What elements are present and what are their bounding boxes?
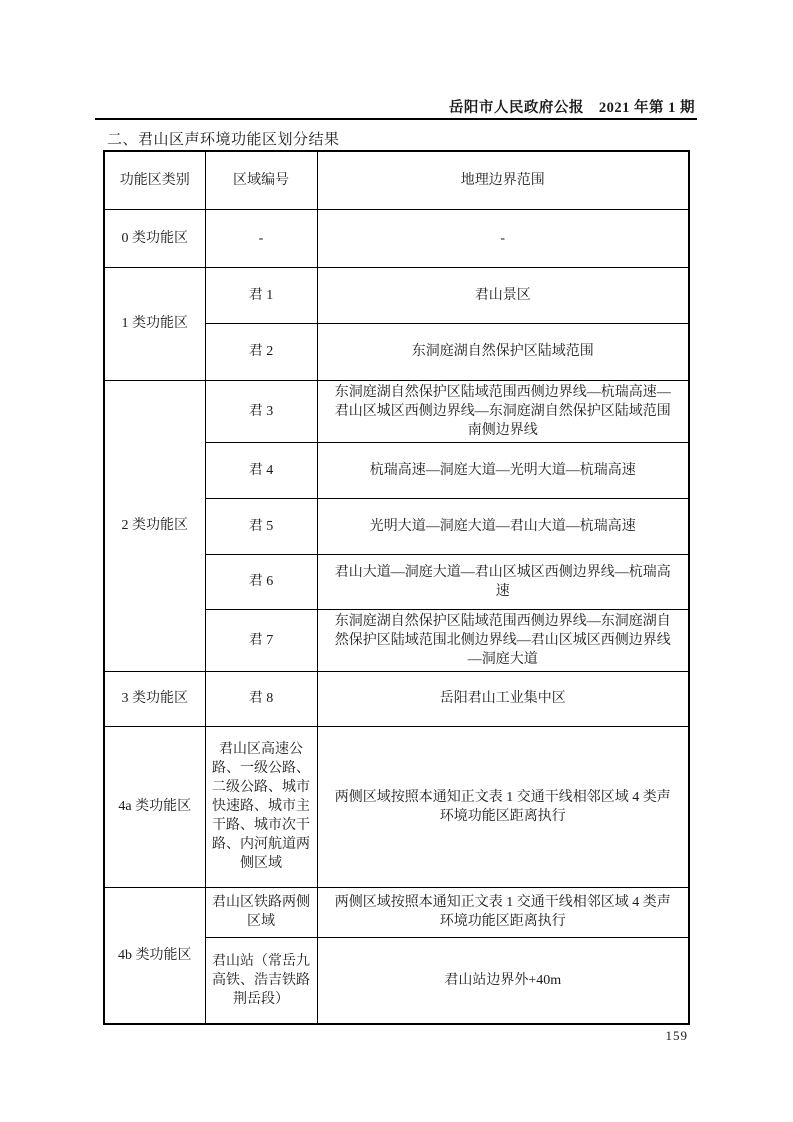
column-header-category: 功能区类别: [104, 151, 205, 209]
boundary-cell: 君山景区: [317, 267, 689, 323]
zone-category-cell: 0 类功能区: [104, 209, 205, 267]
boundary-cell: 东洞庭湖自然保护区陆域范围西侧边界线—东洞庭湖自然保护区陆域范围北侧边界线—君山…: [317, 609, 689, 671]
boundary-cell: 两侧区域按照本通知正文表 1 交通干线相邻区域 4 类声环境功能区距离执行: [317, 726, 689, 887]
page-number: 159: [666, 1028, 689, 1044]
boundary-cell: 东洞庭湖自然保护区陆域范围: [317, 323, 689, 380]
table-header-row: 功能区类别 区域编号 地理边界范围: [104, 151, 689, 209]
zone-category-cell: 2 类功能区: [104, 380, 205, 671]
region-code-cell: 君 1: [205, 267, 317, 323]
boundary-cell: 岳阳君山工业集中区: [317, 671, 689, 726]
functional-zone-table: 功能区类别 区域编号 地理边界范围 0 类功能区 - - 1 类功能区 君 1 …: [103, 150, 690, 1025]
gazette-page: 岳阳市人民政府公报 2021 年第 1 期 二、君山区声环境功能区划分结果 功能…: [0, 0, 793, 1122]
boundary-cell: 君山站边界外+40m: [317, 937, 689, 1024]
zone-category-cell: 1 类功能区: [104, 267, 205, 380]
zone-category-cell: 4b 类功能区: [104, 887, 205, 1024]
table-row: 1 类功能区 君 1 君山景区: [104, 267, 689, 323]
boundary-cell: 君山大道—洞庭大道—君山区城区西侧边界线—杭瑞高速: [317, 554, 689, 609]
column-header-code: 区域编号: [205, 151, 317, 209]
boundary-cell: -: [317, 209, 689, 267]
region-code-cell: 君 3: [205, 380, 317, 442]
zone-category-cell: 4a 类功能区: [104, 726, 205, 887]
header-rule-divider: [95, 118, 697, 120]
region-code-cell: 君 2: [205, 323, 317, 380]
table-row: 4b 类功能区 君山区铁路两侧区域 两侧区域按照本通知正文表 1 交通干线相邻区…: [104, 887, 689, 937]
boundary-cell: 光明大道—洞庭大道—君山大道—杭瑞高速: [317, 498, 689, 554]
running-header: 岳阳市人民政府公报 2021 年第 1 期: [449, 96, 695, 117]
table-row: 3 类功能区 君 8 岳阳君山工业集中区: [104, 671, 689, 726]
section-title: 二、君山区声环境功能区划分结果: [107, 128, 340, 149]
region-code-cell: 君 8: [205, 671, 317, 726]
boundary-cell: 杭瑞高速—洞庭大道—光明大道—杭瑞高速: [317, 442, 689, 498]
table-row: 0 类功能区 - -: [104, 209, 689, 267]
table-row: 4a 类功能区 君山区高速公路、一级公路、二级公路、城市快速路、城市主干路、城市…: [104, 726, 689, 887]
region-code-cell: 君山区铁路两侧区域: [205, 887, 317, 937]
column-header-boundary: 地理边界范围: [317, 151, 689, 209]
region-code-cell: 君 6: [205, 554, 317, 609]
region-code-cell: 君山站（常岳九高铁、浩吉铁路荆岳段）: [205, 937, 317, 1024]
region-code-cell: 君山区高速公路、一级公路、二级公路、城市快速路、城市主干路、城市次干路、内河航道…: [205, 726, 317, 887]
boundary-cell: 两侧区域按照本通知正文表 1 交通干线相邻区域 4 类声环境功能区距离执行: [317, 887, 689, 937]
zone-category-cell: 3 类功能区: [104, 671, 205, 726]
boundary-cell: 东洞庭湖自然保护区陆域范围西侧边界线—杭瑞高速—君山区城区西侧边界线—东洞庭湖自…: [317, 380, 689, 442]
region-code-cell: 君 5: [205, 498, 317, 554]
region-code-cell: 君 7: [205, 609, 317, 671]
region-code-cell: -: [205, 209, 317, 267]
table-row: 2 类功能区 君 3 东洞庭湖自然保护区陆域范围西侧边界线—杭瑞高速—君山区城区…: [104, 380, 689, 442]
region-code-cell: 君 4: [205, 442, 317, 498]
